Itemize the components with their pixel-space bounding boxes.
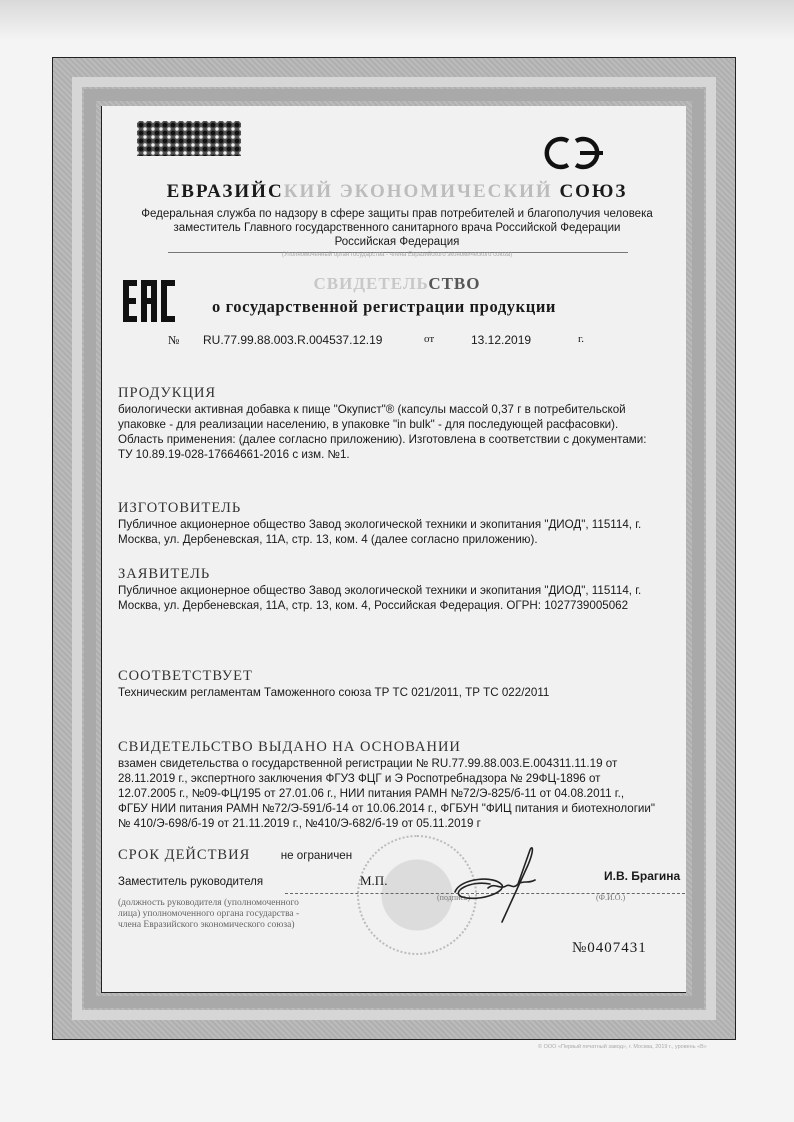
section-conformity: СООТВЕТСТВУЕТ Техническим регламентам Та… <box>118 668 678 700</box>
authority-caption: (Уполномоченный орган государства - член… <box>0 252 794 258</box>
certificate-subtitle: о государственной регистрации продукции <box>212 297 556 317</box>
section-heading: СООТВЕТСТВУЕТ <box>118 668 678 684</box>
issuing-authority: Федеральная служба по надзору в сфере за… <box>0 207 794 249</box>
section-body: Техническим регламентам Таможенного союз… <box>118 685 678 700</box>
section-body: взамен свидетельства о государственной р… <box>118 756 678 831</box>
section-body: Публичное акционерное общество Завод эко… <box>118 517 678 547</box>
stamp-place-label: М.П. <box>360 873 387 889</box>
section-heading: ИЗГОТОВИТЕЛЬ <box>118 500 678 516</box>
section-manufacturer: ИЗГОТОВИТЕЛЬ Публичное акционерное общес… <box>118 500 678 547</box>
signatory-name: И.В. Брагина <box>604 869 680 883</box>
registration-number: RU.77.99.88.003.R.004537.12.19 <box>203 333 382 347</box>
certificate-title: СВИДЕТЕЛЬСТВО <box>0 274 794 294</box>
printer-imprint: © ООО «Первый печатный завод», г. Москва… <box>538 1044 707 1050</box>
section-heading: СРОК ДЕЙСТВИЯ <box>118 847 250 863</box>
validity-value: не ограничен <box>281 849 352 862</box>
section-heading: ПРОДУКЦИЯ <box>118 385 678 401</box>
signatory-position: Заместитель руководителя <box>118 876 263 888</box>
section-heading: ЗАЯВИТЕЛЬ <box>118 566 678 582</box>
position-caption: (должность руководителя (уполномоченного… <box>118 898 358 931</box>
section-basis: СВИДЕТЕЛЬСТВО ВЫДАНО НА ОСНОВАНИИ взамен… <box>118 739 678 831</box>
se-mark-logo <box>538 133 608 173</box>
registration-date: 13.12.2019 <box>471 333 531 347</box>
security-hologram <box>137 121 241 156</box>
section-body: биологически активная добавка к пище "Ок… <box>118 402 678 462</box>
handwritten-signature <box>440 840 555 925</box>
union-title: ЕВРАЗИЙСКИЙ ЭКОНОМИЧЕСКИЙ СОЮЗ <box>0 181 794 203</box>
blank-serial-number: №0407431 <box>572 940 647 957</box>
section-body: Публичное акционерное общество Завод эко… <box>118 583 678 613</box>
section-product: ПРОДУКЦИЯ биологически активная добавка … <box>118 385 678 462</box>
section-heading: СВИДЕТЕЛЬСТВО ВЫДАНО НА ОСНОВАНИИ <box>118 739 678 755</box>
name-caption: (Ф.И.О.) <box>596 893 625 902</box>
section-applicant: ЗАЯВИТЕЛЬ Публичное акционерное общество… <box>118 566 678 613</box>
year-suffix: г. <box>578 333 584 345</box>
number-sign: № <box>168 333 179 348</box>
scan-shadow <box>0 0 794 40</box>
from-label: от <box>424 333 434 345</box>
